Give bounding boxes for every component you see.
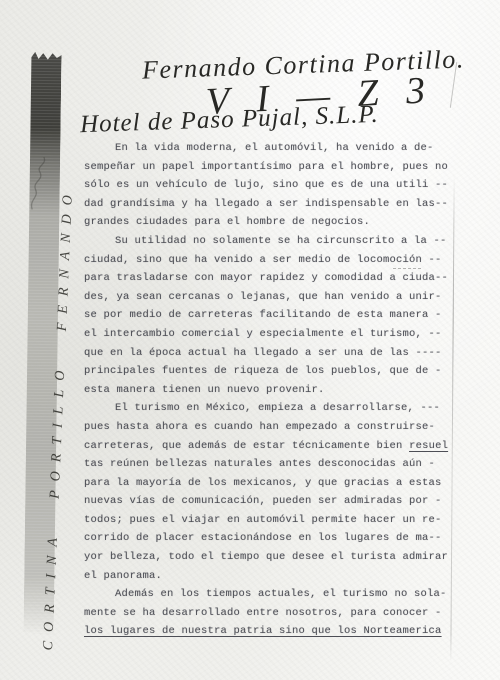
typed-line: para la mayoría de los mexicanos, y que … [84, 474, 456, 493]
typed-line: grandes ciudades para el hombre de negoc… [84, 213, 456, 232]
typed-line: para trasladarse con mayor rapidez y com… [84, 269, 456, 288]
handwritten-location: Hotel de Paso Pujal, S.L.P. [80, 101, 380, 139]
typed-line: El turismo en México, empieza a desarrol… [84, 399, 456, 418]
typed-line: sempeñar un papel importantísimo para el… [84, 158, 456, 177]
typed-line: des, ya sean cercanas o lejanas, que han… [84, 288, 456, 307]
typed-line: el panorama. [84, 567, 456, 586]
typed-line: Además en los tiempos actuales, el turis… [84, 585, 456, 604]
typed-line: Su utilidad no solamente se ha circunscr… [84, 232, 456, 251]
typed-line: mente se ha desarrollado entre nosotros,… [84, 604, 456, 623]
typed-line: el intercambio comercial y especialmente… [84, 325, 456, 344]
typed-line: corrido de placer estacionándose en los … [84, 529, 456, 548]
scanned-document-page: CORTINA PORTILLO FERNANDO Fernando Corti… [0, 0, 500, 680]
pencil-dash-mark [393, 268, 421, 269]
typed-line: sólo es un vehículo de lujo, sino que es… [84, 176, 456, 195]
typed-line: todos; pues el viajar en automóvil permi… [84, 511, 456, 530]
typed-line: que en la época actual ha llegado a ser … [84, 344, 456, 363]
typed-text-block: En la vida moderna, el automóvil, ha ven… [84, 139, 456, 641]
typed-line: pues hasta ahora es cuando han empezado … [84, 418, 456, 437]
typed-line: carreteras, que además de estar técnicam… [84, 437, 456, 456]
typed-line: En la vida moderna, el automóvil, ha ven… [84, 139, 456, 158]
scribble-mark [22, 151, 60, 217]
typed-line: dad grandísima y ha llegado a ser indisp… [84, 195, 456, 214]
typed-line: yor belleza, todo el tiempo que desee el… [84, 548, 456, 567]
typed-line: ciudad, sino que ha venido a ser medio d… [84, 251, 456, 270]
typed-line: nuevas vías de comunicación, pueden ser … [84, 492, 456, 511]
typed-line: principales fuentes de riqueza de los pu… [84, 362, 456, 381]
typed-line: se por medio de carreteras facilitando d… [84, 306, 456, 325]
typed-line: tas reúnen bellezas naturales antes desc… [84, 455, 456, 474]
typed-line: esta manera tienen un nuevo provenir. [84, 381, 456, 400]
typed-line: los lugares de nuestra patria sino que l… [84, 622, 456, 641]
